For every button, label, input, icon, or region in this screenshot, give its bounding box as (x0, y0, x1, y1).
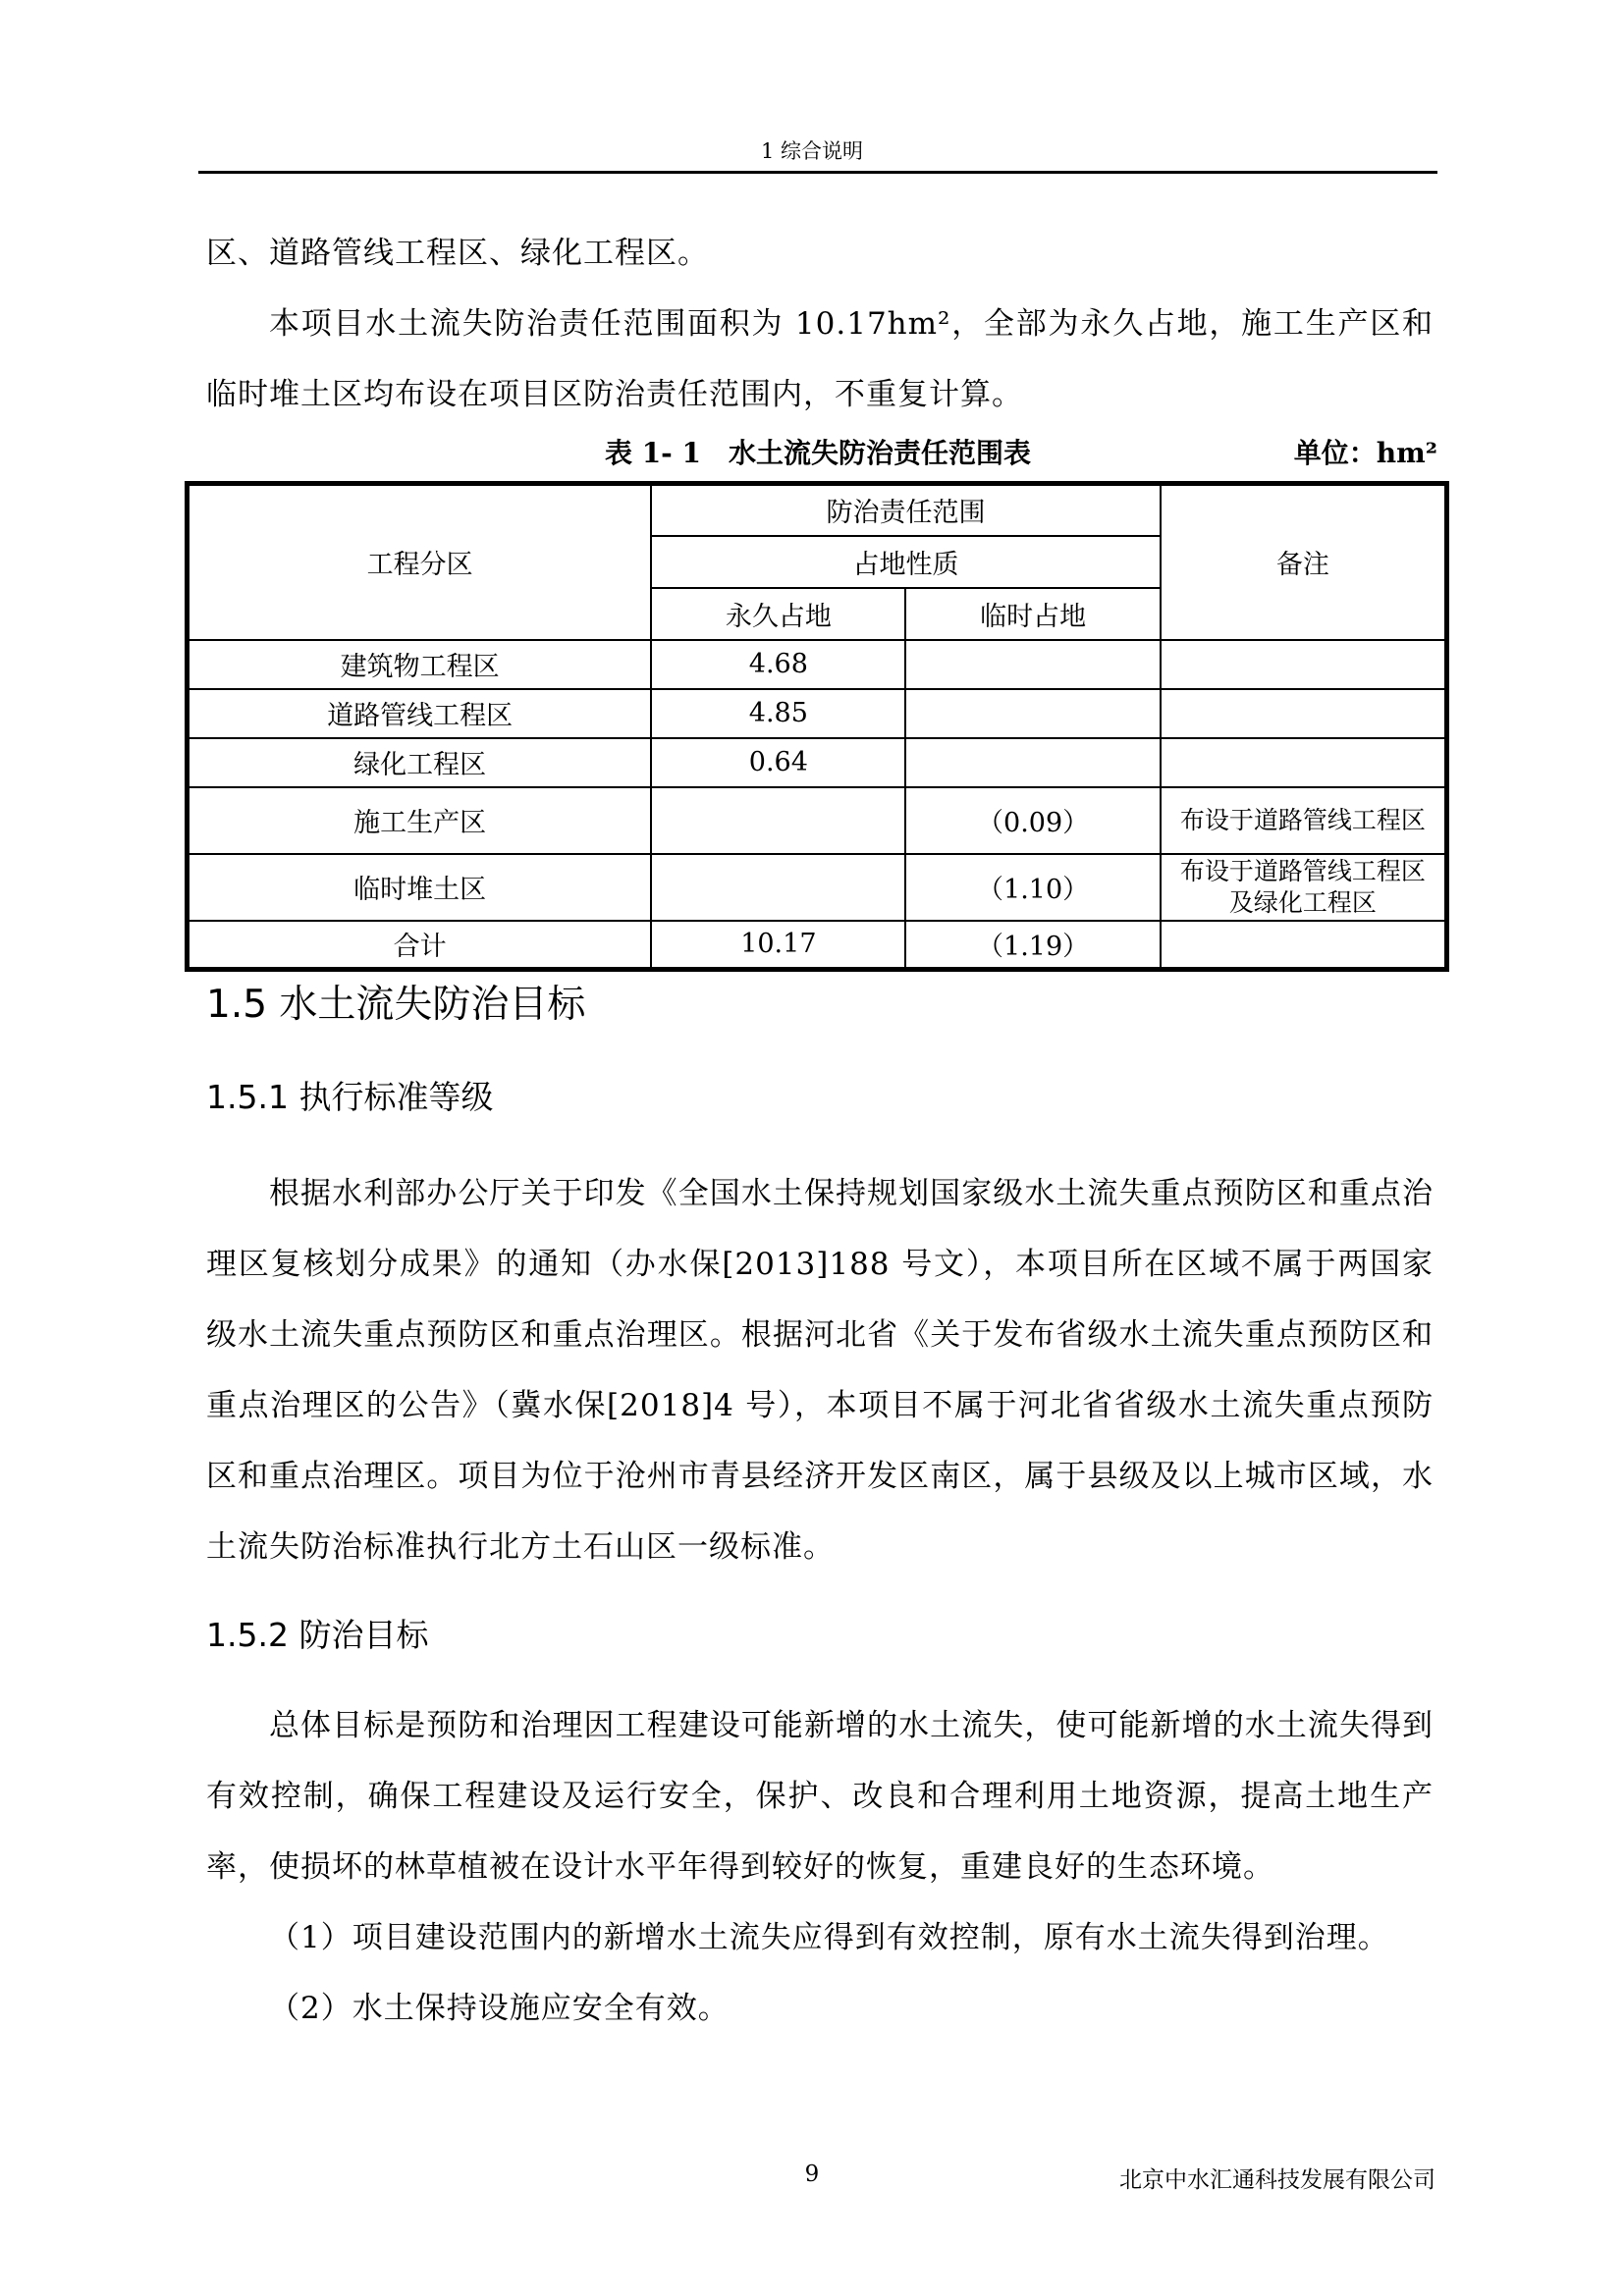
cell-remarks (1161, 640, 1447, 689)
section-heading-1-5-2: 1.5.2 防治目标 (206, 1610, 428, 1656)
cell-zone: 合计 (188, 921, 652, 970)
cell-temporary: （1.10） (905, 854, 1160, 921)
cell-permanent: 4.85 (651, 689, 905, 738)
cell-remarks (1161, 689, 1447, 738)
header-land-type: 占地性质 (651, 536, 1160, 588)
section-1-5-1-body: 根据水利部办公厅关于印发《全国水土保持规划国家级水土流失重点预防区和重点治理区复… (206, 1158, 1434, 1582)
goal-paragraph: 总体目标是预防和治理因工程建设可能新增的水土流失，使可能新增的水土流失得到有效控… (206, 1690, 1434, 1902)
table-total-row: 合计 10.17 （1.19） (188, 921, 1447, 970)
header-permanent: 永久占地 (651, 588, 905, 640)
cell-zone: 道路管线工程区 (188, 689, 652, 738)
header-scope: 防治责任范围 (651, 484, 1160, 536)
section-1-5-2-body: 总体目标是预防和治理因工程建设可能新增的水土流失，使可能新增的水土流失得到有效控… (206, 1690, 1434, 2044)
header-zone: 工程分区 (188, 484, 652, 640)
cell-remarks: 布设于道路管线工程区及绿化工程区 (1161, 854, 1447, 921)
section-heading-1-5: 1.5 水土流失防治目标 (206, 974, 585, 1029)
table-row: 绿化工程区 0.64 (188, 738, 1447, 787)
header-remarks: 备注 (1161, 484, 1447, 640)
company-name: 北京中水汇通科技发展有限公司 (1119, 2162, 1435, 2194)
standard-paragraph: 根据水利部办公厅关于印发《全国水土保持规划国家级水土流失重点预防区和重点治理区复… (206, 1158, 1434, 1582)
cell-remarks: 布设于道路管线工程区 (1161, 787, 1447, 854)
cell-zone: 施工生产区 (188, 787, 652, 854)
header-rule (198, 171, 1437, 174)
cell-temporary (905, 738, 1160, 787)
table-row: 建筑物工程区 4.68 (188, 640, 1447, 689)
table-row: 道路管线工程区 4.85 (188, 689, 1447, 738)
cell-temporary: （0.09） (905, 787, 1160, 854)
cell-permanent (651, 854, 905, 921)
cell-remarks (1161, 921, 1447, 970)
intro-text: 区、道路管线工程区、绿化工程区。 本项目水土流失防治责任范围面积为 10.17h… (206, 218, 1434, 430)
goal-item-2: （2）水土保持设施应安全有效。 (206, 1973, 1434, 2044)
cell-remarks (1161, 738, 1447, 787)
cell-temporary (905, 689, 1160, 738)
table-caption: 表 1- 1 水土流失防治责任范围表 单位：hm² (198, 432, 1437, 471)
table-title: 表 1- 1 水土流失防治责任范围表 (198, 432, 1437, 471)
table-unit: 单位：hm² (1294, 432, 1437, 471)
cell-zone: 临时堆土区 (188, 854, 652, 921)
goal-item-1: （1）项目建设范围内的新增水土流失应得到有效控制，原有水土流失得到治理。 (206, 1902, 1434, 1973)
responsibility-table: 工程分区 防治责任范围 备注 占地性质 永久占地 临时占地 建筑物工程区 4.6… (185, 481, 1449, 972)
cell-permanent: 4.68 (651, 640, 905, 689)
cell-temporary (905, 640, 1160, 689)
cell-zone: 建筑物工程区 (188, 640, 652, 689)
cell-permanent (651, 787, 905, 854)
running-header: 1 综合说明 (0, 135, 1624, 165)
table-header-row: 工程分区 防治责任范围 备注 (188, 484, 1447, 536)
header-temporary: 临时占地 (905, 588, 1160, 640)
section-heading-1-5-1: 1.5.1 执行标准等级 (206, 1072, 493, 1118)
cell-permanent: 0.64 (651, 738, 905, 787)
cell-permanent: 10.17 (651, 921, 905, 970)
intro-line-1: 区、道路管线工程区、绿化工程区。 (206, 218, 1434, 289)
intro-paragraph-2: 本项目水土流失防治责任范围面积为 10.17hm²，全部为永久占地，施工生产区和… (206, 289, 1434, 430)
cell-temporary: （1.19） (905, 921, 1160, 970)
table-row: 施工生产区 （0.09） 布设于道路管线工程区 (188, 787, 1447, 854)
table-row: 临时堆土区 （1.10） 布设于道路管线工程区及绿化工程区 (188, 854, 1447, 921)
cell-zone: 绿化工程区 (188, 738, 652, 787)
